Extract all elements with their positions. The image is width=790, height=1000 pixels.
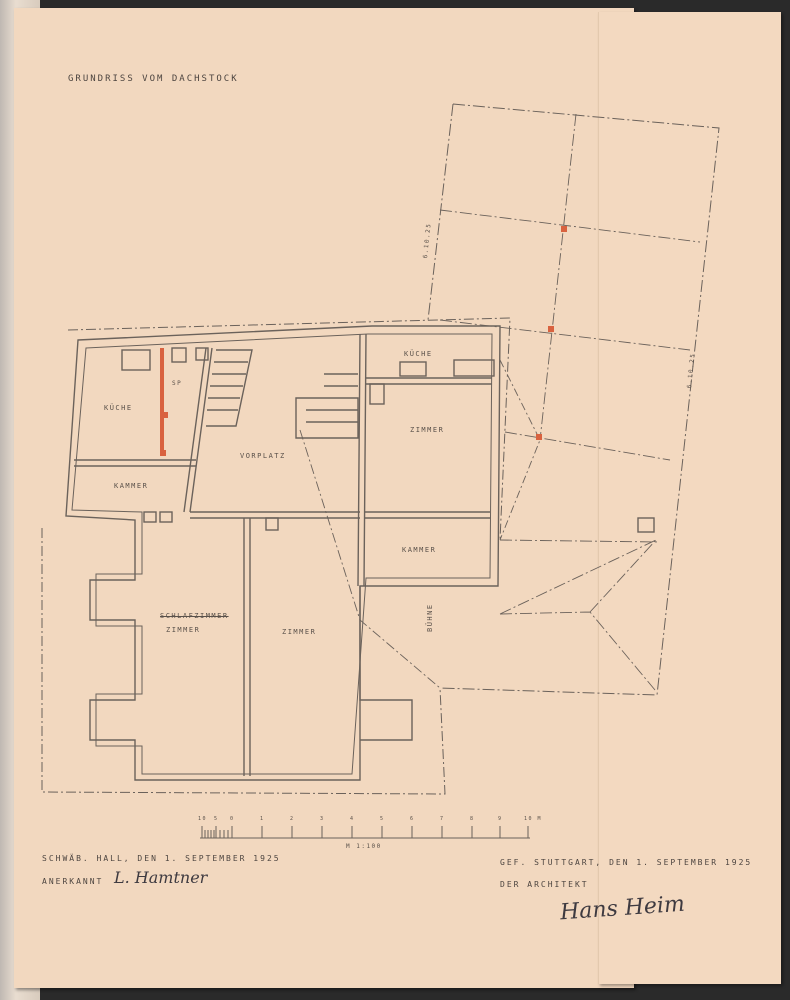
room-label-struck: SCHLAFZIMMER: [160, 612, 229, 620]
scale-tick: 9: [498, 816, 503, 822]
room-label-zimmer-right: ZIMMER: [410, 426, 444, 434]
footer-left-date: SCHWÄB. HALL, DEN 1. SEPTEMBER 1925: [42, 854, 281, 863]
room-label-buehne: BÜHNE: [426, 603, 434, 632]
scale-tick: 7: [440, 816, 445, 822]
scale-tick: 4: [350, 816, 355, 822]
scale-tick: 8: [470, 816, 475, 822]
room-label-zimmer-left: ZIMMER: [166, 626, 200, 634]
scale-tick: 1: [260, 816, 265, 822]
scale-tick: 10: [198, 816, 207, 822]
room-label-vorplatz: VORPLATZ: [240, 452, 286, 460]
scale-label: M 1:100: [346, 843, 382, 850]
room-label-kueche: KÜCHE: [104, 404, 133, 412]
scale-tick: 0: [230, 816, 235, 822]
scale-tick: 10 M: [524, 816, 542, 822]
footer-right-architect: DER ARCHITEKT: [500, 880, 589, 889]
signature-approver: L. Hamtner: [114, 868, 207, 887]
floor-plan-drawing: [0, 0, 790, 1000]
scale-tick: 5: [214, 816, 219, 822]
scale-tick: 3: [320, 816, 325, 822]
room-label-small: SP: [172, 380, 182, 387]
scale-tick: 6: [410, 816, 415, 822]
room-label-kammer: KAMMER: [114, 482, 148, 490]
room-label-kammer-right: KAMMER: [402, 546, 436, 554]
footer-left-approved: ANERKANNT: [42, 877, 103, 886]
room-label-zimmer-center: ZIMMER: [282, 628, 316, 636]
scale-tick: 5: [380, 816, 385, 822]
scale-tick: 2: [290, 816, 295, 822]
scale-tick-labels: 10 5 0 1 2 3 4 5 6 7 8 9 10 M: [198, 816, 538, 826]
footer-right-date: GEF. STUTTGART, DEN 1. SEPTEMBER 1925: [500, 858, 752, 867]
room-label-kueche-right: KÜCHE: [404, 350, 433, 358]
scale-bar: [200, 826, 530, 838]
